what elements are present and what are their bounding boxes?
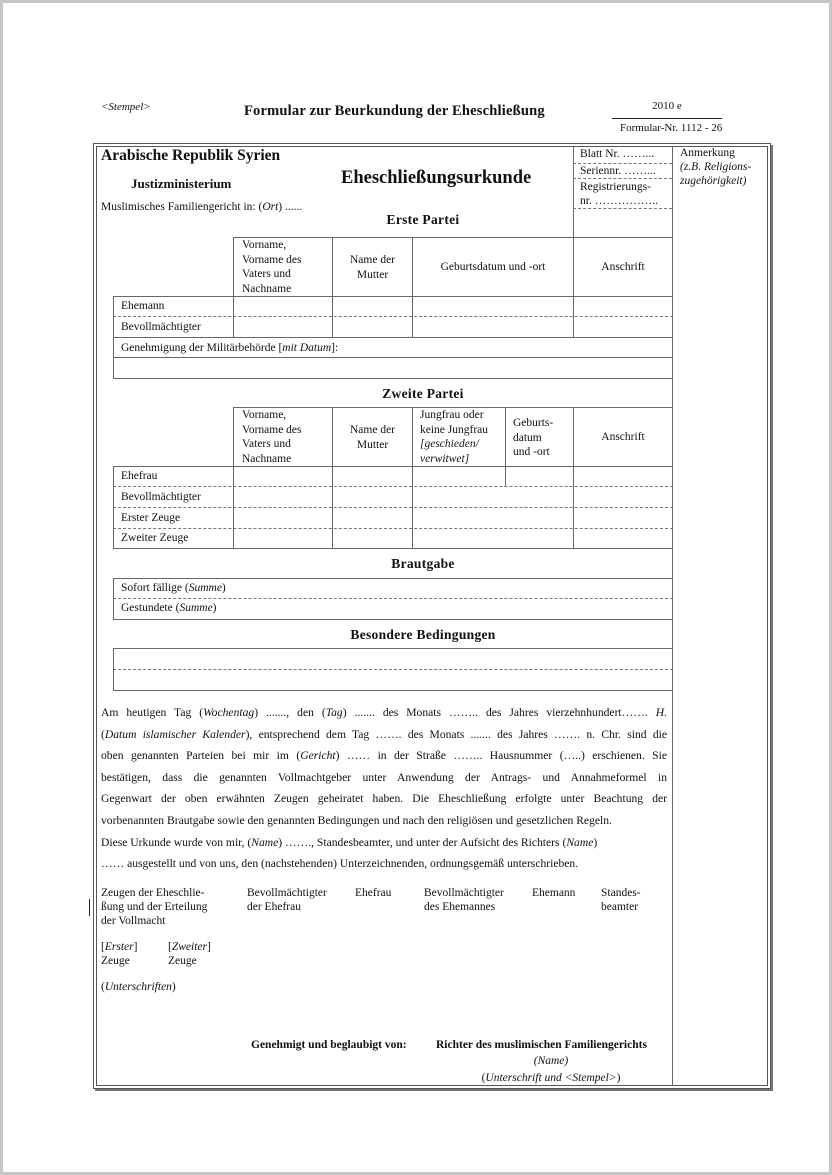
table-line	[113, 578, 673, 579]
table-line	[113, 378, 673, 379]
document-title: Eheschließungsurkunde	[341, 168, 531, 189]
table-line	[573, 237, 574, 337]
table-line	[113, 548, 673, 549]
registry-divider	[573, 208, 672, 209]
table-line	[505, 407, 506, 486]
text-cursor	[89, 899, 90, 916]
remark-hint: (z.B. Religions-	[680, 160, 751, 174]
sheet-number-field[interactable]: Blatt Nr. ……...	[580, 147, 654, 161]
signature-wife-proxy-label: Bevollmächtigterder Ehefrau	[247, 886, 327, 914]
signature-first-witness[interactable]: [Erster]Zeuge	[101, 940, 137, 968]
table-line	[412, 407, 413, 548]
certification-paragraph: Am heutigen Tag (Wochentag) ......., den…	[101, 702, 667, 875]
table-line	[113, 316, 673, 317]
table-line	[113, 669, 673, 670]
column-header-birth: Geburtsdatum und -ort	[413, 260, 573, 275]
country-name: Arabische Republik Syrien	[101, 147, 280, 165]
column-header-birth: Geburts-datumund -ort	[513, 416, 553, 460]
signature-registrar-label: Standes-beamter	[601, 886, 641, 914]
column-header-mother: Name derMutter	[333, 423, 412, 452]
table-line	[113, 648, 673, 649]
stamp-placeholder: <Stempel>	[101, 101, 151, 113]
form-year: 2010 e	[612, 100, 722, 112]
table-line	[113, 466, 114, 548]
table-line	[113, 357, 673, 358]
form-title: Formular zur Beurkundung der Eheschließu…	[244, 103, 545, 120]
judge-name[interactable]: (Name)	[436, 1054, 666, 1068]
table-line	[113, 507, 673, 508]
row-label-husband: Ehemann	[121, 299, 164, 313]
conditions-title: Besondere Bedingungen	[233, 627, 613, 643]
table-line	[113, 296, 114, 378]
dowry-title: Brautgabe	[233, 556, 613, 572]
form-number: Formular-Nr. 1112 - 26	[620, 122, 722, 134]
column-header-name: Vorname,Vorname desVaters undNachname	[242, 408, 302, 466]
year-underline	[612, 118, 722, 119]
table-line	[113, 486, 673, 487]
row-label-proxy: Bevollmächtigter	[121, 490, 201, 504]
row-label-wife: Ehefrau	[121, 469, 157, 483]
ministry-name: Justizministerium	[131, 176, 231, 192]
table-line	[332, 237, 333, 337]
column-header-name: Vorname,Vorname desVaters undNachname	[242, 238, 302, 296]
row-label-proxy: Bevollmächtigter	[121, 320, 201, 334]
signature-witnesses-label: Zeugen der Eheschlie-ßung und der Erteil…	[101, 886, 207, 928]
remark-hint: zugehörigkeit)	[680, 174, 746, 188]
dowry-immediate-label: Sofort fällige (Summe)	[121, 581, 226, 595]
row-label-second-witness: Zweiter Zeuge	[121, 531, 188, 545]
table-line	[113, 337, 673, 338]
table-line	[573, 407, 574, 548]
column-header-address: Anschrift	[574, 430, 672, 445]
certification-label: Genehmigt und beglaubigt von:	[251, 1038, 407, 1052]
signature-wife-label: Ehefrau	[355, 886, 391, 900]
judge-signature-stamp[interactable]: (Unterschrift und <Stempel>)	[436, 1071, 666, 1085]
signature-second-witness[interactable]: [Zweiter]Zeuge	[168, 940, 211, 968]
table-line	[233, 237, 234, 337]
table-line	[113, 578, 114, 619]
table-line	[113, 296, 673, 297]
table-line	[113, 466, 673, 467]
table-line	[233, 407, 234, 548]
row-label-first-witness: Erster Zeuge	[121, 511, 180, 525]
serial-number-field[interactable]: Seriennr. ……...	[580, 164, 656, 178]
military-approval-label: Genehmigung der Militärbehörde [mit Datu…	[121, 341, 338, 355]
registration-number-label: Registrierungs-	[580, 180, 651, 194]
remark-column-divider	[672, 146, 673, 1086]
second-party-title: Zweite Partei	[233, 386, 613, 402]
table-line	[113, 648, 114, 690]
column-header-address: Anschrift	[574, 260, 672, 275]
signature-husband-proxy-label: Bevollmächtigterdes Ehemannes	[424, 886, 504, 914]
signatures-hint: (Unterschriften)	[101, 980, 176, 994]
judge-title: Richter des muslimischen Familiengericht…	[436, 1038, 647, 1052]
first-party-title: Erste Partei	[233, 212, 613, 228]
remark-label: Anmerkung	[680, 146, 735, 160]
column-header-mother: Name derMutter	[333, 253, 412, 282]
registration-number-field[interactable]: nr. ……………..	[580, 194, 658, 208]
column-header-virgin-status: Jungfrau oderkeine Jungfrau[geschieden/v…	[420, 408, 488, 466]
table-line	[113, 619, 673, 620]
table-line	[113, 690, 673, 691]
table-line	[113, 528, 673, 529]
dowry-deferred-label: Gestundete (Summe)	[121, 601, 217, 615]
table-line	[113, 598, 673, 599]
signature-husband-label: Ehemann	[532, 886, 575, 900]
table-line	[412, 237, 413, 337]
registry-divider	[573, 178, 672, 179]
